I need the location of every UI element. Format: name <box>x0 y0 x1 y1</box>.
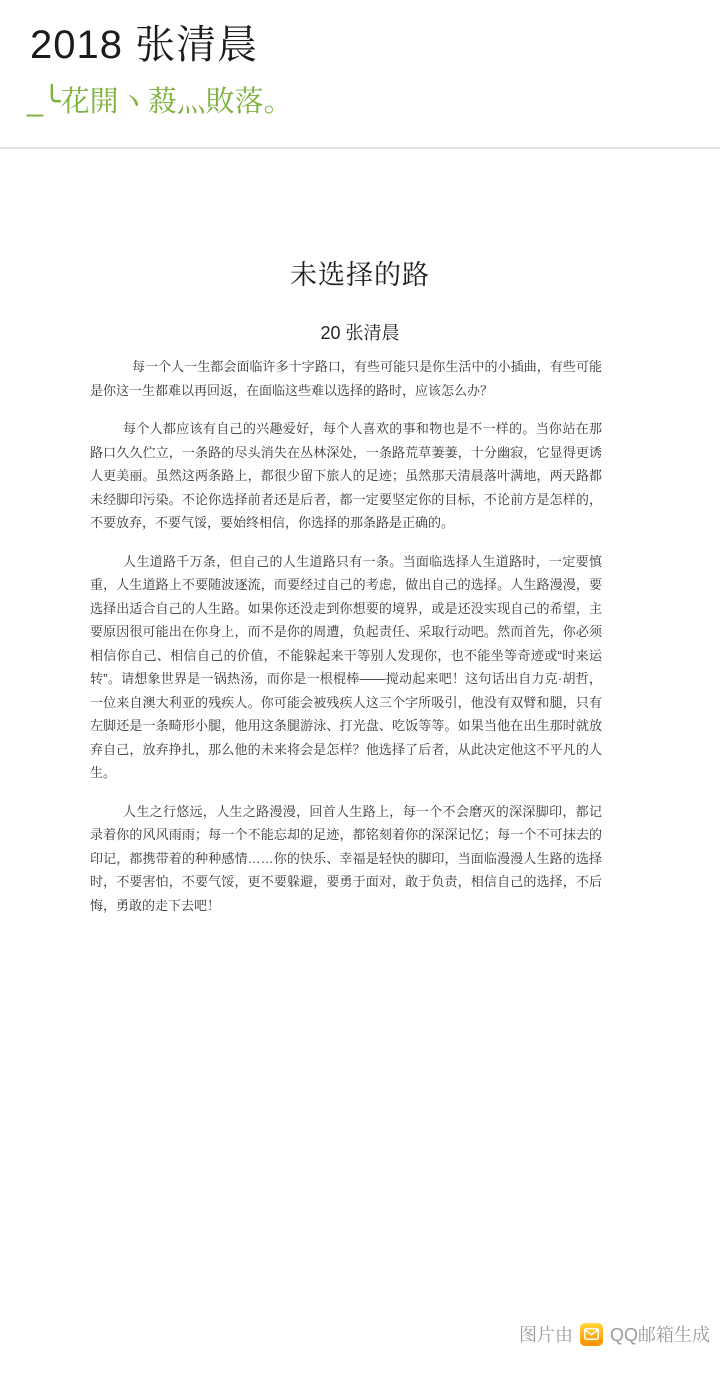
essay-paragraph: 人生道路千万条，但自己的人生道路只有一条。当面临选择人生道路时，一定要慎重，人生… <box>90 550 602 785</box>
essay-paragraph: 每个人都应该有自己的兴趣爱好，每个人喜欢的事和物也是不一样的。当你站在那路口久久… <box>90 417 602 535</box>
essay-paragraph: 人生之行悠远，人生之路漫漫，回首人生路上，每一个不会磨灭的深深脚印，都记录着你的… <box>90 800 602 918</box>
user-signature: _╰花開ヽ蔱灬敗落。 <box>27 82 293 122</box>
footer-credit: 图片由 QQ邮箱生成 <box>519 1321 710 1347</box>
essay-paragraph: 每一个人一生都会面临许多十字路口，有些可能只是你生活中的小插曲，有些可能是你这一… <box>90 355 602 402</box>
qq-mail-envelope-icon <box>580 1323 603 1346</box>
header-divider <box>0 147 720 149</box>
essay-title: 未选择的路 <box>0 253 720 292</box>
essay-author: 20 张清晨 <box>0 319 720 345</box>
page-title: 2018 张清晨 <box>30 22 258 68</box>
footer-credit-suffix: QQ邮箱生成 <box>610 1321 710 1347</box>
essay-body: 每一个人一生都会面临许多十字路口，有些可能只是你生活中的小插曲，有些可能是你这一… <box>90 355 602 932</box>
footer-credit-prefix: 图片由 <box>519 1321 573 1347</box>
